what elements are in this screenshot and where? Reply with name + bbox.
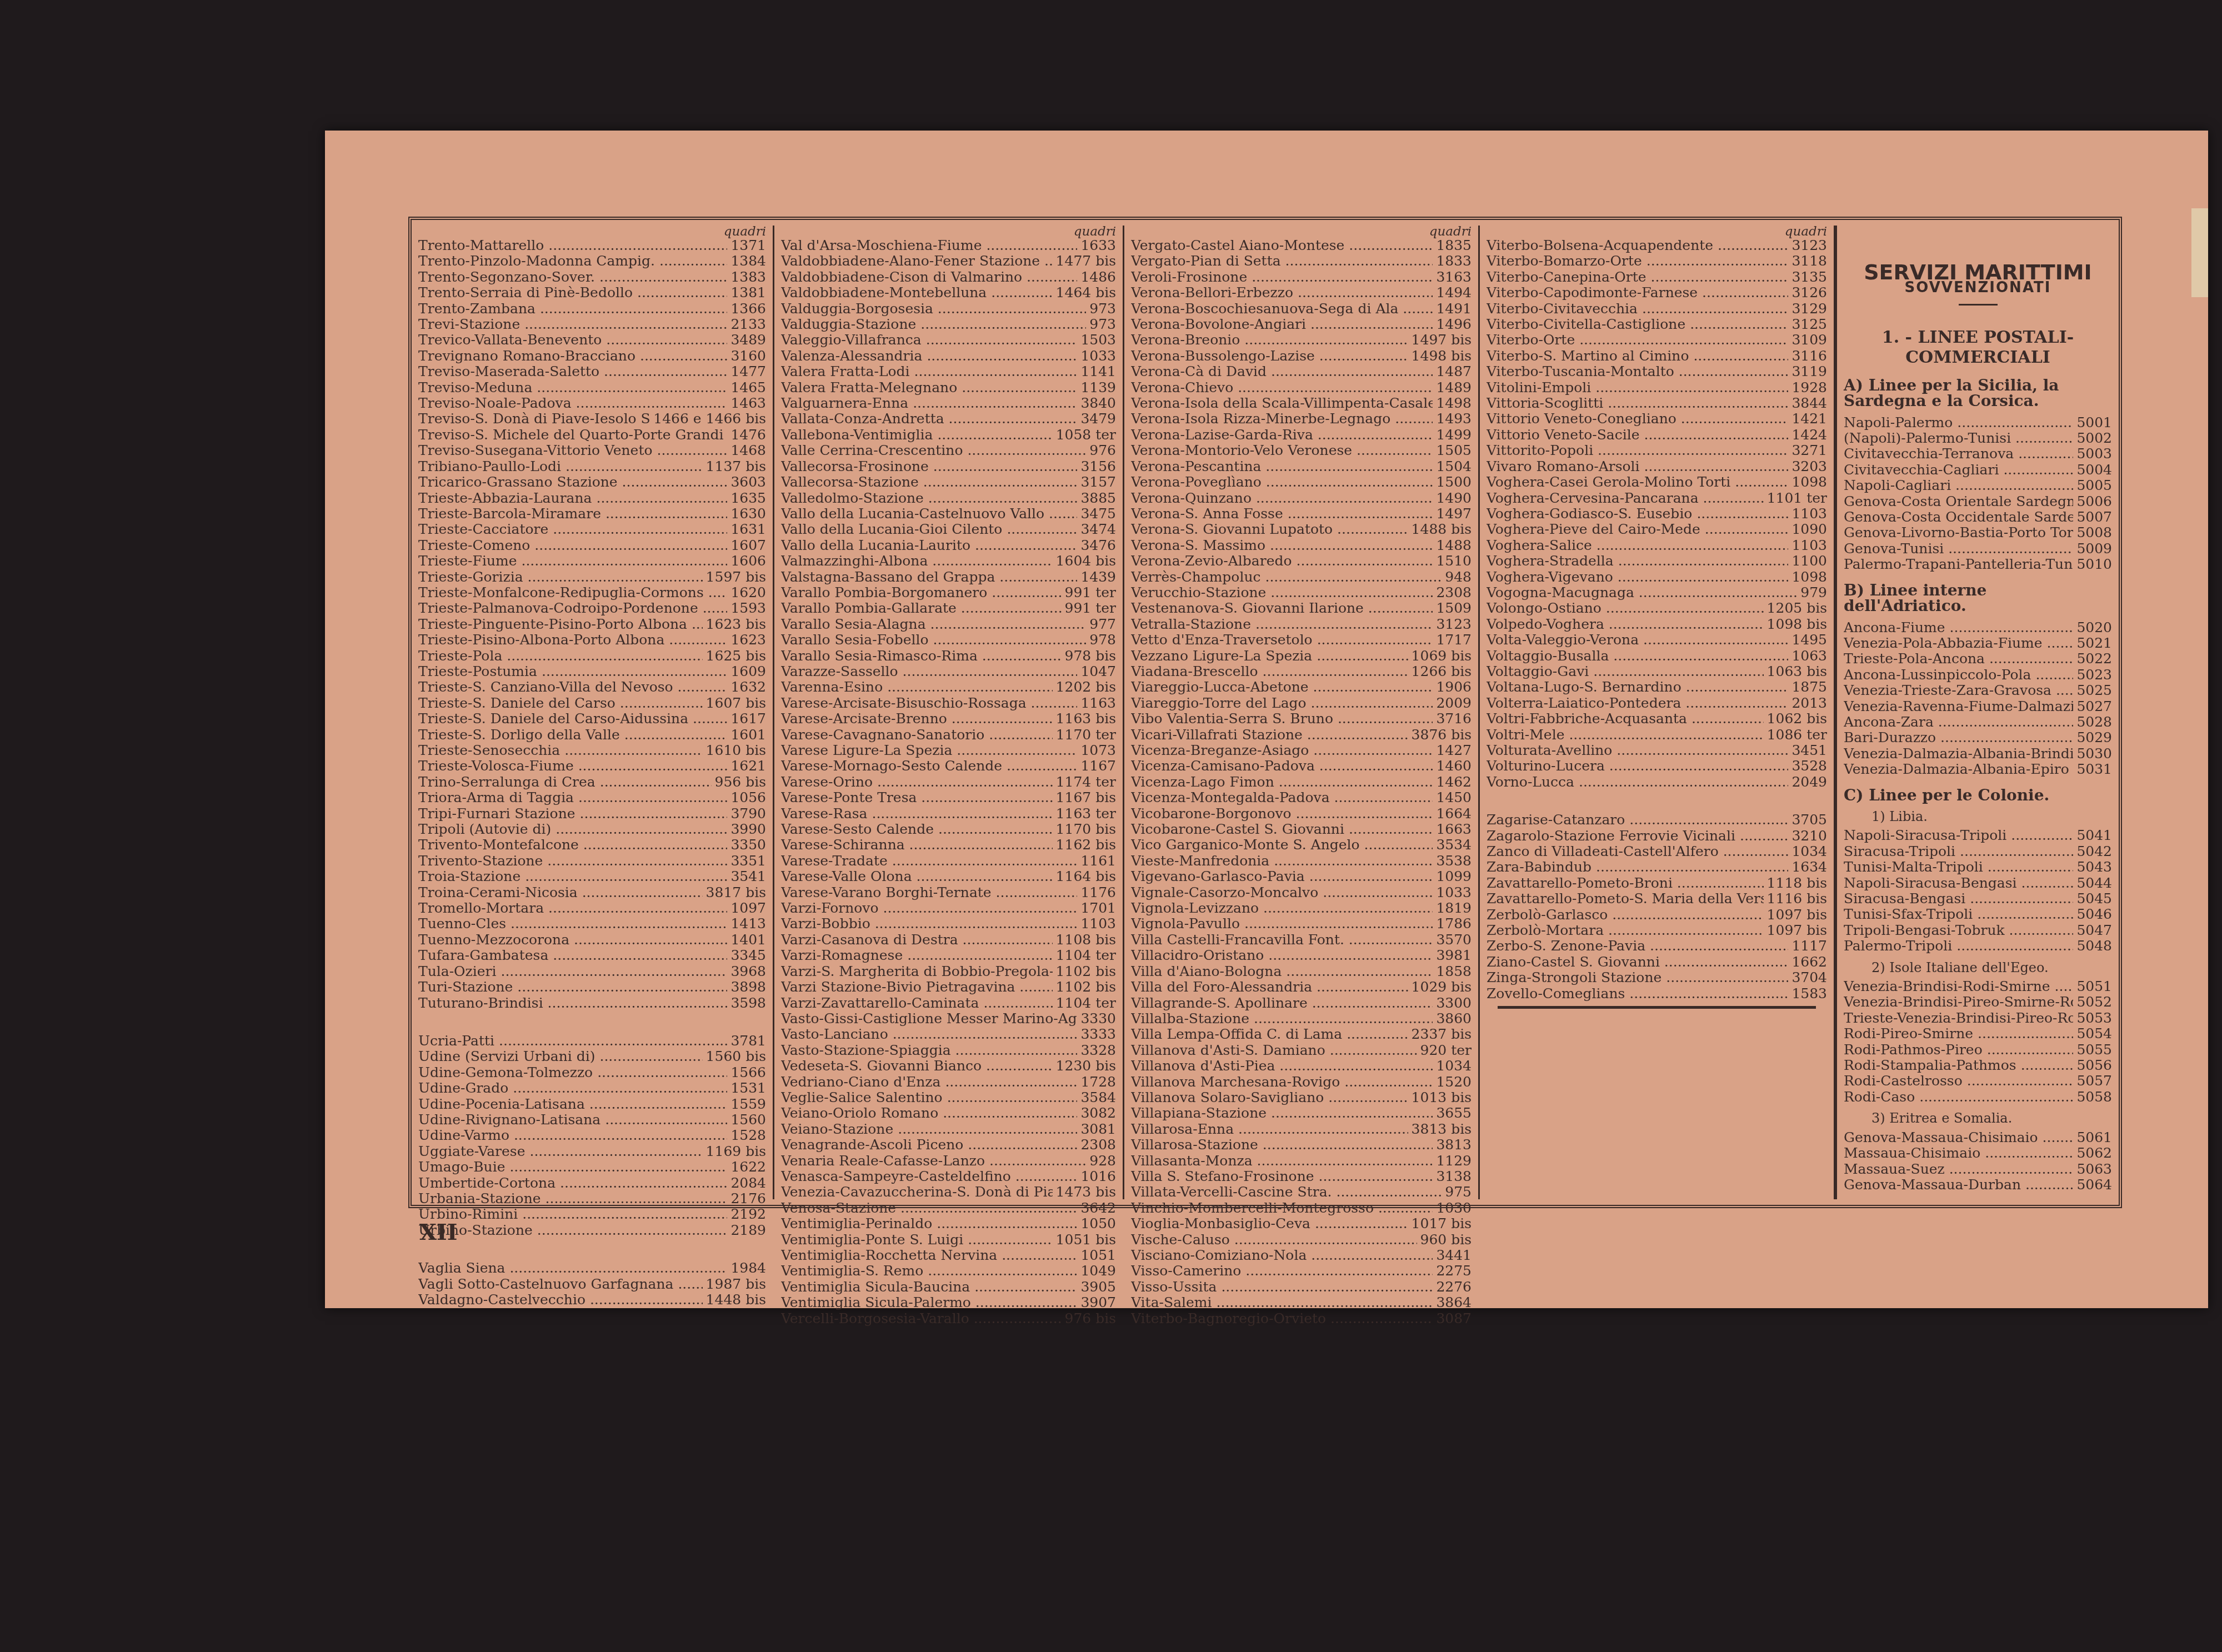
index-entry: Voghera-Salice1103: [1487, 538, 1827, 553]
index-entry: Trieste-Cacciatore1631: [418, 522, 766, 537]
route-name: Verrès-Champoluc: [1131, 569, 1442, 585]
index-entry: Varese-Varano Borghi-Ternate1176: [781, 885, 1116, 900]
table-number: 1632: [727, 679, 766, 695]
index-entry: Tunisi-Malta-Tripoli5043: [1844, 859, 2112, 875]
route-name: Vignola-Pavullo: [1131, 916, 1433, 932]
route-name: Verona-Pescantina: [1131, 459, 1433, 474]
index-entry: Villa d'Aiano-Bologna1858: [1131, 964, 1472, 979]
route-name: Volturata-Avellino: [1487, 743, 1788, 758]
index-entry: Varzi-Zavattarello-Caminata1104 ter: [781, 995, 1116, 1011]
route-name: Zerbo-S. Zenone-Pavia: [1487, 938, 1788, 954]
index-entry: Varazze-Sassello1047: [781, 664, 1116, 679]
table-number: 3898: [727, 979, 766, 995]
table-number: 3705: [1788, 812, 1827, 828]
table-number: 1030: [1433, 1200, 1472, 1216]
route-name: Venezia-Trieste-Zara-Gravosa: [1844, 683, 2073, 698]
table-number: 1601: [727, 727, 766, 743]
route-name: Trieste-Venezia-Brindisi-Pireo-Rodi-Ales…: [1844, 1010, 2073, 1026]
table-number: 1424: [1788, 427, 1827, 443]
table-number: 3163: [1433, 269, 1472, 285]
route-name: Rodi-Pathmos-Pireo: [1844, 1042, 2073, 1058]
route-name: Verona-Cà di David: [1131, 364, 1433, 379]
index-entry: Vallo della Lucania-Castelnuovo Vallo347…: [781, 506, 1116, 522]
index-entry: Trieste-Pisino-Albona-Porto Albona1623: [418, 632, 766, 648]
table-number: 2133: [727, 317, 766, 332]
index-entry: Valledolmo-Stazione3885: [781, 490, 1116, 506]
table-number: 1097: [727, 900, 766, 916]
spacer: [418, 1011, 766, 1033]
table-number: 2308: [1433, 585, 1472, 600]
index-entry: Zagarise-Catanzaro3705: [1487, 812, 1827, 828]
route-name: Ventimiglia Sicula-Baucina: [781, 1279, 1077, 1295]
route-name: Veiano-Stazione: [781, 1122, 1077, 1137]
table-number: 1491: [1433, 301, 1472, 317]
index-entry: Venaria Reale-Cafasse-Lanzo928: [781, 1153, 1116, 1169]
route-name: Voltri-Mele: [1487, 727, 1764, 743]
table-number: 3351: [727, 853, 766, 869]
table-number: 1620: [727, 585, 766, 600]
table-number: 3528: [1788, 758, 1827, 774]
table-number: 1634: [1788, 859, 1827, 875]
table-number: 1098: [1788, 569, 1827, 585]
table-number: 5045: [2073, 891, 2112, 907]
route-name: Trevi-Stazione: [418, 317, 727, 332]
route-name: Trento-Segonzano-Sover.: [418, 269, 727, 285]
index-entry: Vittorio Veneto-Sacile1424: [1487, 427, 1827, 443]
route-name: Trieste-Pola-Ancona: [1844, 651, 2073, 667]
route-name: Bari-Durazzo: [1844, 730, 2073, 745]
index-entry: Volta-Valeggio-Verona1495: [1487, 632, 1827, 648]
index-entry: Viterbo-S. Martino al Cimino3116: [1487, 348, 1827, 364]
index-entry: Genova-Livorno-Bastia-Porto Torres5008: [1844, 525, 2112, 540]
table-number: 973: [1086, 317, 1116, 332]
table-number: 1448 bis: [703, 1292, 766, 1308]
table-number: 5008: [2073, 525, 2112, 540]
index-entry: Verona-Cà di David1487: [1131, 364, 1472, 379]
table-number: 3642: [1077, 1200, 1116, 1216]
table-number: 1509: [1433, 600, 1472, 616]
table-number: 1464 bis: [1053, 285, 1116, 301]
table-number: 3203: [1788, 459, 1827, 474]
index-entry: Vicenza-Lago Fimon1462: [1131, 774, 1472, 790]
table-number: 1098: [1788, 474, 1827, 490]
table-number: 3087: [1433, 1311, 1472, 1326]
route-name: Verona-Breonio: [1131, 332, 1408, 348]
table-number: 3655: [1433, 1105, 1472, 1121]
index-entry: Vibo Valentia-Serra S. Bruno3716: [1131, 711, 1472, 727]
route-name: Verona-Boscochiesanuova-Sega di Ala: [1131, 301, 1433, 317]
table-number: 1487: [1433, 364, 1472, 379]
index-entry: Varese Ligure-La Spezia1073: [781, 743, 1116, 758]
index-entry: Viterbo-Civitella-Castiglione3125: [1487, 317, 1827, 332]
table-number: 5044: [2073, 875, 2112, 891]
index-entry: Volturino-Lucera3528: [1487, 758, 1827, 774]
route-name: Zara-Babindub: [1487, 859, 1788, 875]
table-number: 1205 bis: [1764, 600, 1827, 616]
route-name: Veroli-Frosinone: [1131, 269, 1433, 285]
index-entry: Urbino-Rimini2192: [418, 1207, 766, 1222]
index-entry: Vasto-Lanciano3333: [781, 1027, 1116, 1042]
index-entry: Varzi-Romagnese1104 ter: [781, 948, 1116, 963]
table-number: 1488 bis: [1408, 522, 1472, 537]
index-entry: Vallecorsa-Stazione3157: [781, 474, 1116, 490]
index-entry: Ventimiglia-Ponte S. Luigi1051 bis: [781, 1232, 1116, 1248]
table-number: 5043: [2073, 859, 2112, 875]
index-entry: Vitolini-Empoli1928: [1487, 380, 1827, 396]
table-number: 1101 ter: [1764, 490, 1827, 506]
route-name: Zagarolo-Stazione Ferrovie Vicinali: [1487, 828, 1788, 844]
table-number: 1607 bis: [703, 695, 766, 711]
route-name: Viareggio-Lucca-Abetone: [1131, 679, 1433, 695]
table-number: 1163 bis: [1053, 711, 1116, 727]
table-number: 5006: [2073, 494, 2112, 509]
route-name: Treviso-S. Donà di Piave-Iesolo Spiaggia: [418, 411, 650, 427]
index-entry: Viadana-Brescello1266 bis: [1131, 664, 1472, 679]
index-entry: Villalba-Stazione3860: [1131, 1011, 1472, 1027]
table-number: 1139: [1077, 380, 1116, 396]
index-entry: Rodi-Stampalia-Pathmos5056: [1844, 1058, 2112, 1073]
table-number: 3538: [1433, 853, 1472, 869]
route-name: Varzi-Casanova di Destra: [781, 932, 1053, 948]
table-number: 1463: [727, 396, 766, 411]
route-name: Tuenno-Mezzocorona: [418, 932, 727, 948]
route-name: Valguarnera-Enna: [781, 396, 1077, 411]
route-name: Varese-Arcisate-Bisuschio-Rossaga: [781, 695, 1077, 711]
index-entry: Ucria-Patti3781: [418, 1033, 766, 1049]
route-name: Varzi Stazione-Bivio Pietragavina: [781, 979, 1053, 995]
table-number: 1384: [727, 253, 766, 269]
route-name: Vicenza-Breganze-Asiago: [1131, 743, 1433, 758]
table-number: 3300: [1433, 995, 1472, 1011]
route-name: Voghera-Casei Gerola-Molino Torti: [1487, 474, 1788, 490]
route-name: Civitavecchia-Cagliari: [1844, 462, 2073, 478]
route-name: Trento-Pinzolo-Madonna Campig.: [418, 253, 727, 269]
index-entry: Treviso-Meduna1465: [418, 380, 766, 396]
table-number: 956 bis: [712, 774, 767, 790]
index-entry: Valduggia-Borgosesia973: [781, 301, 1116, 317]
route-name: Villa del Foro-Alessandria: [1131, 979, 1408, 995]
route-name: Val d'Arsa-Moschiena-Fiume: [781, 238, 1077, 253]
table-number: 1560: [727, 1112, 766, 1128]
table-number: 3118: [1788, 253, 1827, 269]
index-entry: Voltaggio-Gavi1063 bis: [1487, 664, 1827, 679]
route-name: Verona-Bellori-Erbezzo: [1131, 285, 1433, 301]
table-number: 960 bis: [1417, 1232, 1472, 1248]
table-number: 1174 ter: [1053, 774, 1116, 790]
table-number: 973: [1086, 301, 1116, 317]
index-entry: Venezia-Pola-Abbazia-Fiume5021: [1844, 635, 2112, 651]
maritime-services-column: SERVIZI MARITTIMI SOVVENZIONATI 1. - LIN…: [1834, 226, 2119, 1199]
index-entry: Vigevano-Garlasco-Pavia1099: [1131, 869, 1472, 884]
route-name: Urbino-Rimini: [418, 1207, 727, 1222]
index-entry: Varzi-Bobbio1103: [781, 916, 1116, 932]
table-number: 1906: [1433, 679, 1472, 695]
table-number: 5029: [2073, 730, 2112, 745]
route-name: Verona-S. Giovanni Lupatoto: [1131, 522, 1408, 537]
index-entry: Tuturano-Brindisi3598: [418, 995, 766, 1011]
index-column-1: quadriTrento-Mattarello1371Trento-Pinzol…: [412, 226, 773, 1199]
route-name: Zagarise-Catanzaro: [1487, 812, 1788, 828]
index-entry: Palermo-Trapani-Pantelleria-Tunisi5010: [1844, 557, 2112, 572]
page-number: XII: [419, 1219, 457, 1245]
index-entry: Varallo Sesia-Alagna977: [781, 617, 1116, 632]
route-name: Villa d'Aiano-Bologna: [1131, 964, 1433, 979]
index-entry: Villata-Vercelli-Cascine Stra.975: [1131, 1184, 1472, 1200]
index-entry: Troina-Cerami-Nicosia3817 bis: [418, 885, 766, 900]
index-entry: Massaua-Chisimaio5062: [1844, 1145, 2112, 1161]
route-name: Rodi-Castelrosso: [1844, 1073, 2073, 1089]
table-number: 1623 bis: [703, 617, 766, 632]
route-name: Trino-Serralunga di Crea: [418, 774, 712, 790]
route-name: Trieste-Pisino-Albona-Porto Albona: [418, 632, 727, 648]
route-name: Tunisi-Malta-Tripoli: [1844, 859, 2073, 875]
table-number: 1167 bis: [1053, 790, 1116, 805]
table-number: 5042: [2073, 844, 2112, 859]
route-name: Vogogna-Macugnaga: [1487, 585, 1797, 600]
index-entry: Vieste-Manfredonia3538: [1131, 853, 1472, 869]
route-name: Ventimiglia-Ponte S. Luigi: [781, 1232, 1053, 1248]
table-number: 3474: [1077, 522, 1116, 537]
route-name: Umbertide-Cortona: [418, 1175, 727, 1191]
index-entry: Trieste-S. Dorligo della Valle1601: [418, 727, 766, 743]
index-entry: Tripoli (Autovie di)3990: [418, 822, 766, 837]
route-name: Venaria Reale-Cafasse-Lanzo: [781, 1153, 1086, 1169]
index-entry: Villapiana-Stazione3655: [1131, 1105, 1472, 1121]
index-entry: Trieste-Abbazia-Laurana1635: [418, 490, 766, 506]
index-entry: Vasto-Stazione-Spiaggia3328: [781, 1043, 1116, 1058]
table-number: 1466 e 1466 bis: [650, 411, 766, 427]
index-entry: Voltri-Fabbriche-Acquasanta1062 bis: [1487, 711, 1827, 727]
subsection-heading: 3) Eritrea e Somalia.: [1871, 1110, 2112, 1126]
route-name: Venasca-Sampeyre-Casteldelfino: [781, 1169, 1077, 1184]
index-entry: Volongo-Ostiano1205 bis: [1487, 600, 1827, 616]
route-name: Vittorito-Popoli: [1487, 443, 1788, 458]
table-number: 3790: [727, 806, 766, 822]
table-number: 1100: [1788, 553, 1827, 569]
route-name: Vicobarone-Castel S. Giovanni: [1131, 822, 1433, 837]
table-number: 2308: [1077, 1137, 1116, 1153]
route-name: Zinga-Strongoli Stazione: [1487, 970, 1788, 985]
table-number: 3860: [1433, 1011, 1472, 1027]
route-name: Varzi-S. Margherita di Bobbio-Pregola-Br…: [781, 964, 1053, 979]
table-number: 3479: [1077, 411, 1116, 427]
index-entry: Villanova Solaro-Savigliano1013 bis: [1131, 1090, 1472, 1105]
index-entry: Tunisi-Sfax-Tripoli5046: [1844, 907, 2112, 922]
table-number: 5053: [2073, 1010, 2112, 1026]
route-name: Napoli-Siracusa-Tripoli: [1844, 828, 2073, 843]
index-entry: Villasanta-Monza1129: [1131, 1153, 1472, 1169]
route-name: Tribiano-Paullo-Lodi: [418, 459, 703, 474]
route-name: Valeggio-Villafranca: [781, 332, 1077, 348]
table-number: 1013 bis: [1408, 1090, 1472, 1105]
route-name: Vibo Valentia-Serra S. Bruno: [1131, 711, 1433, 727]
index-entry: Treviso-Noale-Padova1463: [418, 396, 766, 411]
table-number: 5022: [2073, 651, 2112, 667]
table-number: 5007: [2073, 509, 2112, 525]
index-entry: Venagrande-Ascoli Piceno2308: [781, 1137, 1116, 1153]
table-number: 3598: [727, 995, 766, 1011]
index-entry: Tripi-Furnari Stazione3790: [418, 806, 766, 822]
index-entry: Triora-Arma di Taggia1056: [418, 790, 766, 805]
route-name: Palermo-Tripoli: [1844, 938, 2073, 954]
index-entry: Veroli-Frosinone3163: [1131, 269, 1472, 285]
route-name: Vetralla-Stazione: [1131, 617, 1433, 632]
index-entry: Voltana-Lugo-S. Bernardino1875: [1487, 679, 1827, 695]
table-number: 2049: [1788, 774, 1827, 790]
index-entry: Villa S. Stefano-Frosinone3138: [1131, 1169, 1472, 1184]
index-entry: Trieste-Palmanova-Codroipo-Pordenone1593: [418, 600, 766, 616]
table-number: 5027: [2073, 699, 2112, 714]
index-entry: Varese-Sesto Calende1170 bis: [781, 822, 1116, 837]
index-entry: Valdobbiadene-Montebelluna1464 bis: [781, 285, 1116, 301]
index-entry: Trieste-S. Daniele del Carso1607 bis: [418, 695, 766, 711]
index-entry: Trieste-Gorizia1597 bis: [418, 569, 766, 585]
route-name: Trieste-Monfalcone-Redipuglia-Cormons: [418, 585, 727, 600]
table-number: 3126: [1788, 285, 1827, 301]
route-name: Valdobbiadene-Cison di Valmarino: [781, 269, 1077, 285]
route-name: Viadana-Brescello: [1131, 664, 1408, 679]
table-number: 5058: [2073, 1089, 2112, 1105]
table-number: 5051: [2073, 979, 2112, 994]
table-number: 3603: [727, 474, 766, 490]
route-name: Valstagna-Bassano del Grappa: [781, 569, 1077, 585]
table-number: 1630: [727, 506, 766, 522]
index-entry: Trieste-Barcola-Miramare1630: [418, 506, 766, 522]
index-entry: Uggiate-Varese1169 bis: [418, 1144, 766, 1159]
route-name: Napoli-Palermo: [1844, 415, 2073, 430]
index-entry: Vetralla-Stazione3123: [1131, 617, 1472, 632]
table-number: 3968: [727, 964, 766, 979]
table-number: 1439: [1077, 569, 1116, 585]
index-entry: Tripoli-Bengasi-Tobruk5047: [1844, 923, 2112, 938]
route-name: Verona-S. Massimo: [1131, 538, 1433, 553]
table-number: 1103: [1788, 538, 1827, 553]
index-entry: Varenna-Esino1202 bis: [781, 679, 1116, 695]
index-entry: Zara-Babindub1634: [1487, 859, 1827, 875]
index-entry: Napoli-Cagliari5005: [1844, 478, 2112, 493]
table-number: 3135: [1788, 269, 1827, 285]
table-number: 976: [1086, 443, 1116, 458]
table-number: 975: [1442, 1184, 1472, 1200]
route-name: Varallo Sesia-Fobello: [781, 632, 1086, 648]
index-entry: Villarosa-Enna3813 bis: [1131, 1122, 1472, 1137]
route-name: Zerbolò-Mortara: [1487, 923, 1764, 938]
index-entry: Genova-Costa Orientale Sardegna-Palermo5…: [1844, 494, 2112, 509]
table-number: 1477: [727, 364, 766, 379]
index-entry: Vergato-Castel Aiano-Montese1835: [1131, 238, 1472, 253]
index-entry: Voghera-Godiasco-S. Eusebio1103: [1487, 506, 1827, 522]
index-entry: Venezia-Trieste-Zara-Gravosa5025: [1844, 683, 2112, 698]
index-entry: Vallo della Lucania-Gioi Cilento3474: [781, 522, 1116, 537]
route-name: Tricarico-Grassano Stazione: [418, 474, 727, 490]
index-entry: Varese-Schiranna1162 bis: [781, 837, 1116, 853]
table-number: 3330: [1077, 1011, 1116, 1027]
route-name: Vallata-Conza-Andretta: [781, 411, 1077, 427]
table-number: 1607: [727, 538, 766, 553]
route-name: Venezia-Dalmazia-Albania-Brindisi: [1844, 746, 2073, 762]
index-entry: Turi-Stazione3898: [418, 979, 766, 995]
index-entry: Siracusa-Tripoli5042: [1844, 844, 2112, 859]
table-number: 1086 ter: [1764, 727, 1827, 743]
table-number: 3716: [1433, 711, 1472, 727]
route-name: Trieste-Abbazia-Laurana: [418, 490, 727, 506]
route-name: Viterbo-Canepina-Orte: [1487, 269, 1788, 285]
route-name: Trivento-Montefalcone: [418, 837, 727, 853]
index-entry: Valdobbiadene-Cison di Valmarino1486: [781, 269, 1116, 285]
route-name: Civitavecchia-Terranova: [1844, 446, 2073, 462]
table-number: 1266 bis: [1408, 664, 1472, 679]
route-name: Trevignano Romano-Bracciano: [418, 348, 727, 364]
table-number: 1717: [1433, 632, 1472, 648]
table-number: 3476: [1077, 538, 1116, 553]
table-number: 3156: [1077, 459, 1116, 474]
table-number: 5031: [2073, 762, 2112, 777]
index-column-3: quadriVergato-Castel Aiano-Montese1835Ve…: [1123, 226, 1478, 1199]
route-name: Villanova d'Asti-Piea: [1131, 1058, 1433, 1074]
route-name: Voghera-Pieve del Cairo-Mede: [1487, 522, 1788, 537]
table-number: 1505: [1433, 443, 1472, 458]
index-entry: Trieste-Venezia-Brindisi-Pireo-Rodi-Ales…: [1844, 1010, 2112, 1026]
divider: [1959, 304, 1998, 306]
route-name: Vergato-Castel Aiano-Montese: [1131, 238, 1433, 253]
index-entry: Varzi-Fornovo1701: [781, 900, 1116, 916]
table-number: 1465: [727, 380, 766, 396]
route-name: Trieste-Pinguente-Pisino-Porto Albona: [418, 617, 703, 632]
route-name: Tufara-Gambatesa: [418, 948, 727, 963]
table-number: 1493: [1433, 411, 1472, 427]
route-name: Venezia-Cavazuccherina-S. Donà di Piave: [781, 1184, 1053, 1200]
route-name: Verona-Lazise-Garda-Riva: [1131, 427, 1433, 443]
route-name: Vioglia-Monbasiglio-Ceva: [1131, 1216, 1408, 1232]
index-entry: Rodi-Pireo-Smirne5054: [1844, 1026, 2112, 1042]
table-number: 1819: [1433, 900, 1472, 916]
route-name: Verona-Montorio-Velo Veronese: [1131, 443, 1433, 458]
table-number: 1366: [727, 301, 766, 317]
index-entry: Villa del Foro-Alessandria1029 bis: [1131, 979, 1472, 995]
route-name: Vallebona-Ventimiglia: [781, 427, 1053, 443]
route-name: Varese-Schiranna: [781, 837, 1053, 853]
route-name: Vasto-Lanciano: [781, 1027, 1077, 1042]
table-number: 1531: [727, 1080, 766, 1096]
table-number: 3570: [1433, 932, 1472, 948]
table-number: 1631: [727, 522, 766, 537]
index-entry: Varese-Valle Olona1164 bis: [781, 869, 1116, 884]
table-number: 2176: [727, 1191, 766, 1207]
index-entry: Massaua-Suez5063: [1844, 1162, 2112, 1177]
route-name: Vivaro Romano-Arsoli: [1487, 459, 1788, 474]
index-entry: Viterbo-Bagnoregio-Orvieto3087: [1131, 1311, 1472, 1326]
index-entry: Viterbo-Orte3109: [1487, 332, 1827, 348]
route-name: Varese-Sesto Calende: [781, 822, 1053, 837]
route-name: Verona-Isola della Scala-Villimpenta-Cas…: [1131, 396, 1433, 411]
table-number: 1170 ter: [1053, 727, 1116, 743]
table-number: 991 ter: [1062, 600, 1116, 616]
table-number: 1625 bis: [703, 648, 766, 664]
index-entry: Vicobarone-Castel S. Giovanni1663: [1131, 822, 1472, 837]
index-entry: Villa Lempa-Offida C. di Lama2337 bis: [1131, 1027, 1472, 1042]
index-entry: Visso-Ussita2276: [1131, 1279, 1472, 1295]
route-name: Varallo Pombia-Gallarate: [781, 600, 1062, 616]
route-name: Vasto-Gissi-Castiglione Messer Marino-Ag…: [781, 1011, 1077, 1027]
table-number: 1928: [1788, 380, 1827, 396]
route-name: Valdobbiadene-Alano-Fener Stazione: [781, 253, 1053, 269]
route-name: Varese-Rasa: [781, 806, 1053, 822]
table-number: 1047: [1077, 664, 1116, 679]
route-name: Viterbo-Civitella-Castiglione: [1487, 317, 1788, 332]
table-number: 1497 bis: [1408, 332, 1472, 348]
route-name: Trieste-Gorizia: [418, 569, 703, 585]
index-entry: Zinga-Strongoli Stazione3704: [1487, 970, 1827, 985]
